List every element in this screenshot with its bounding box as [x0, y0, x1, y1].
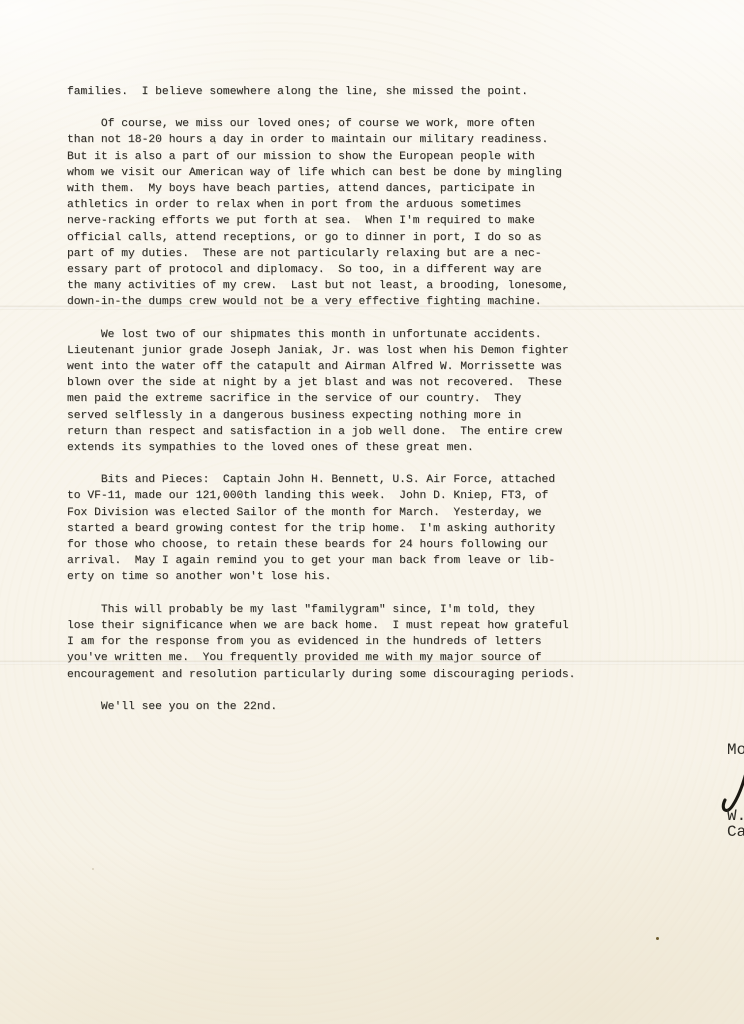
paragraph: We'll see you on the 22nd.	[67, 699, 667, 715]
paragraph: This will probably be my last "familygra…	[67, 602, 667, 683]
letter-page: families. I believe somewhere along the …	[0, 0, 744, 1024]
closing-block: Most sincerely,	[727, 742, 744, 841]
paper-speck	[214, 142, 216, 144]
letter-body: families. I believe somewhere along the …	[67, 84, 667, 731]
paper-speck	[92, 868, 94, 870]
paragraph: families. I believe somewhere along the …	[67, 84, 667, 100]
paragraph: We lost two of our shipmates this month …	[67, 327, 667, 457]
paper-speck	[656, 937, 659, 940]
typed-title: Captain, U.S. Navy	[727, 824, 744, 840]
typed-name: W. E. CLARKE	[727, 808, 744, 824]
paragraph: Bits and Pieces: Captain John H. Bennett…	[67, 472, 667, 585]
paragraph: Of course, we miss our loved ones; of co…	[67, 116, 667, 310]
sign-off: Most sincerely,	[727, 742, 744, 758]
